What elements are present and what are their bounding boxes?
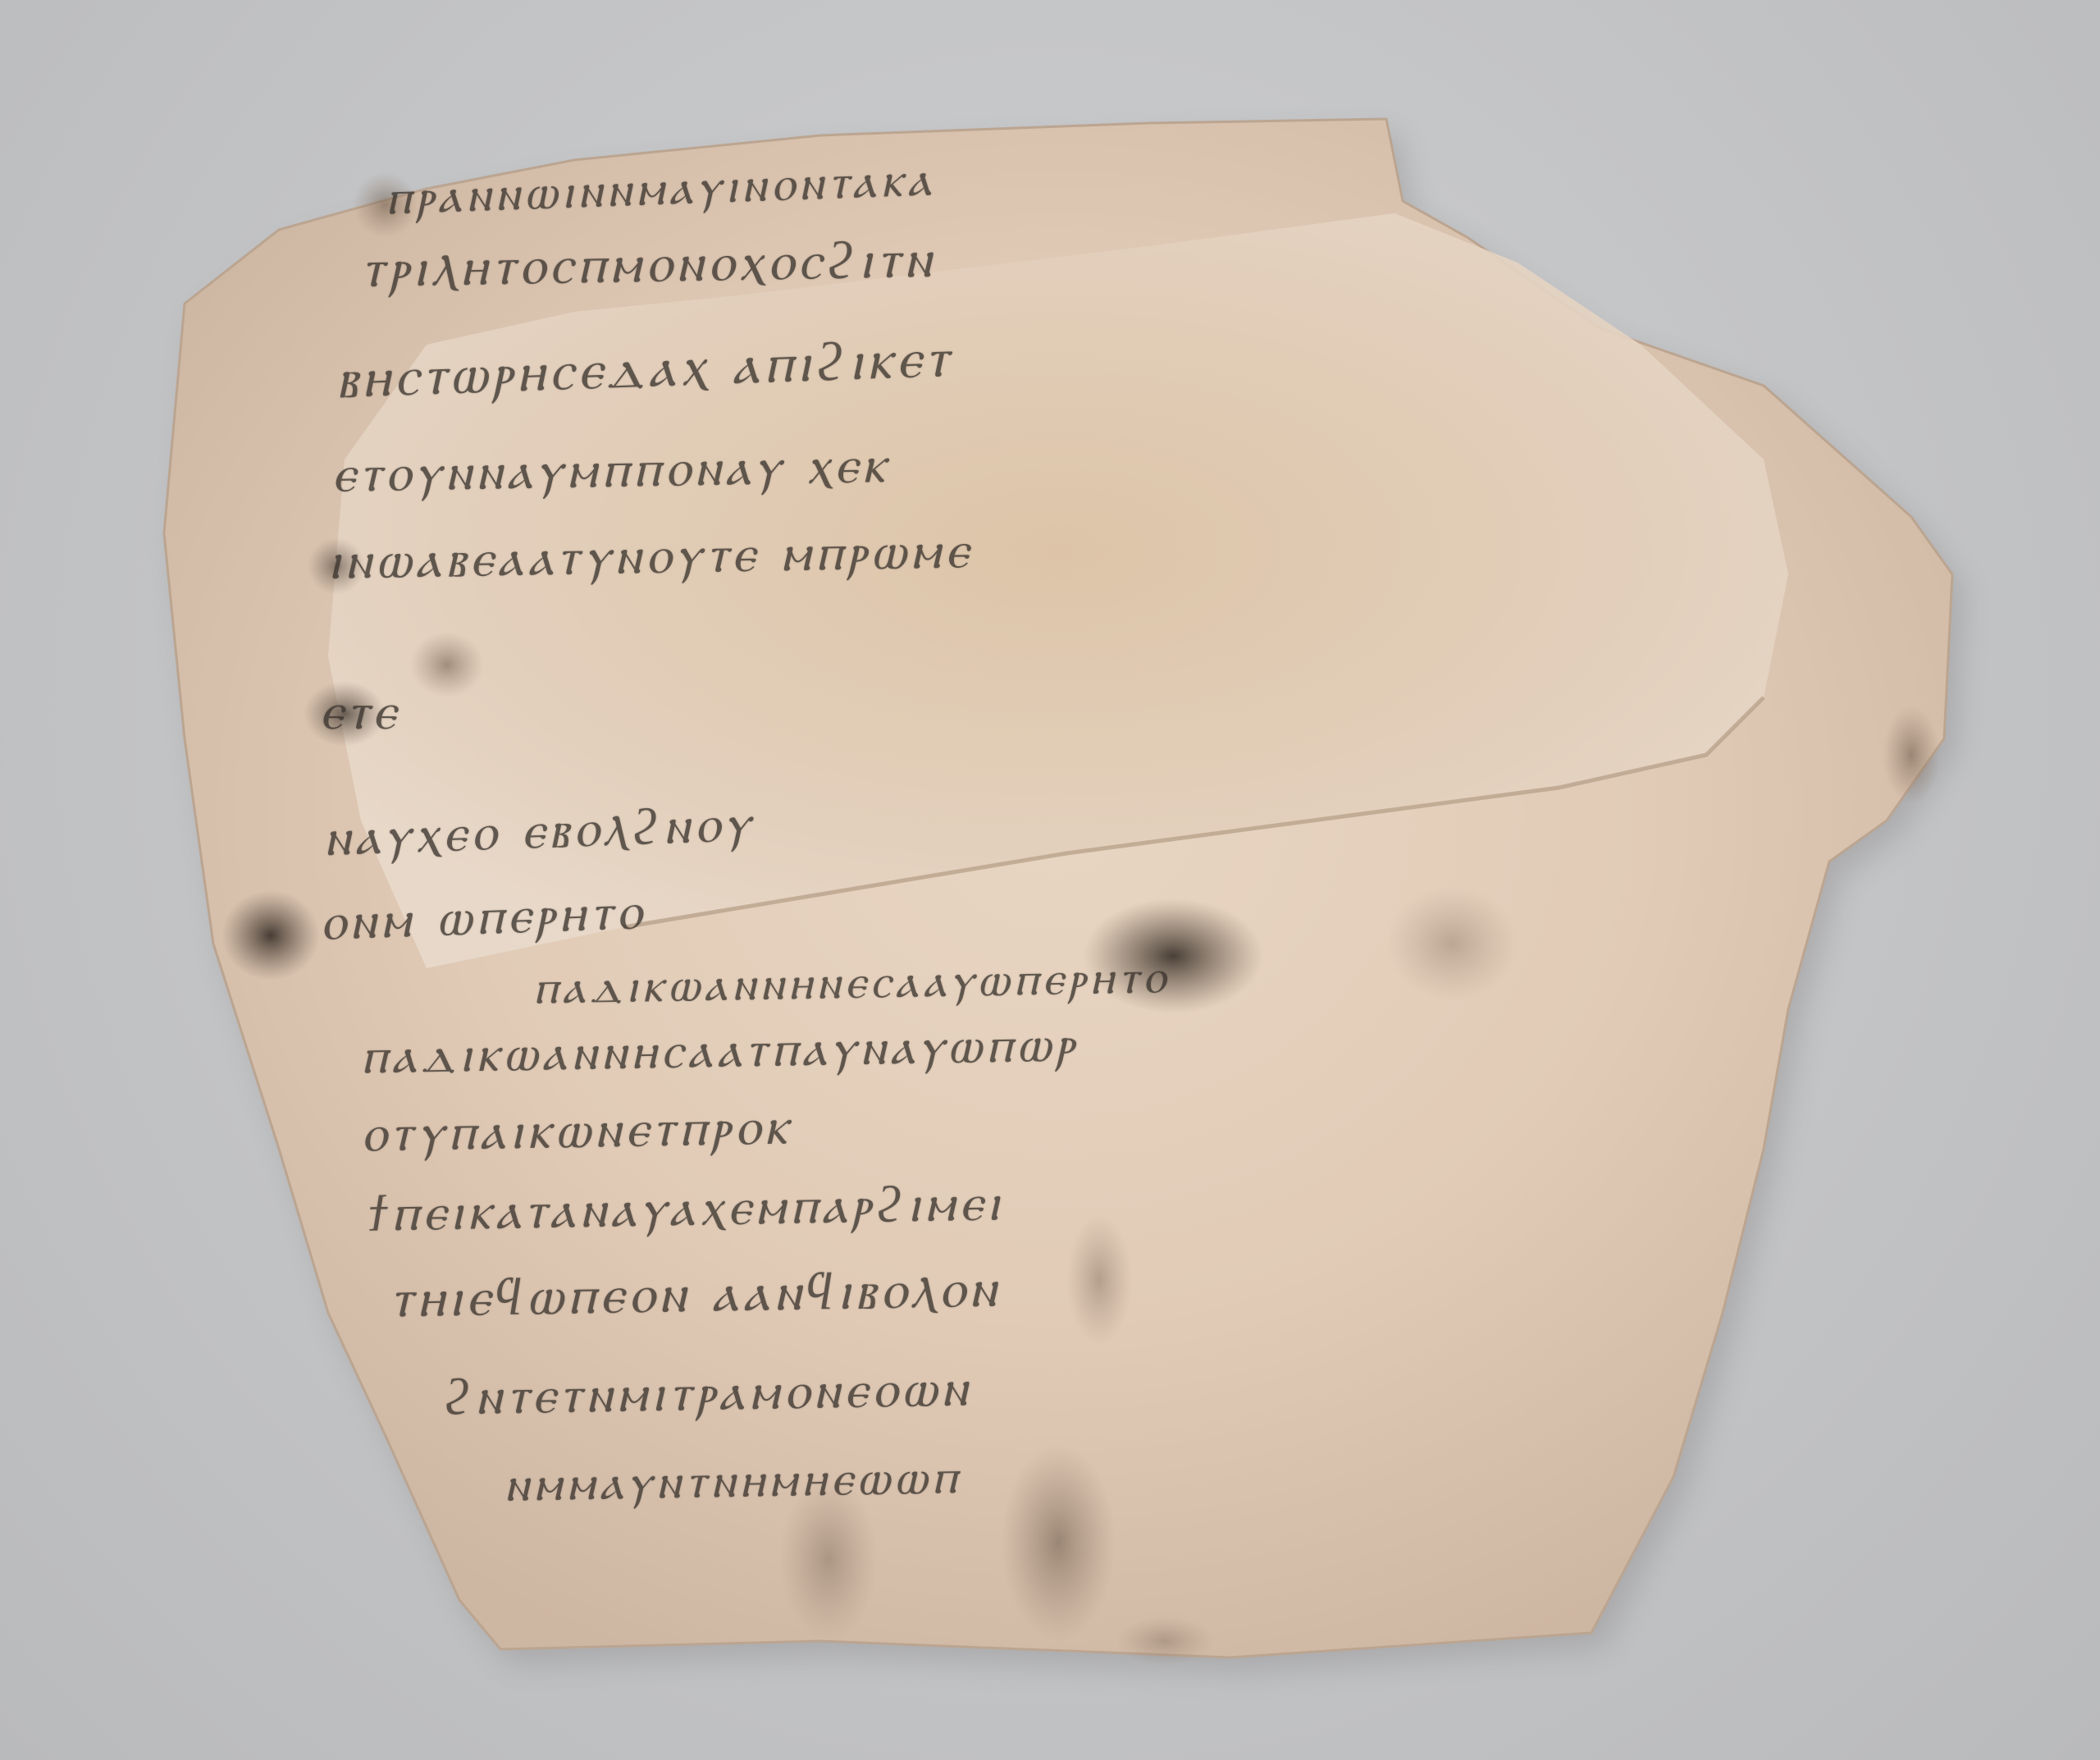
inscription-line-13: ⲧⲏⲓⲉϥⲱⲡⲉⲟⲛ ⲁⲁⲛϥⲓⲃⲟⲗⲟⲛ: [389, 1259, 1001, 1330]
inscription-line-14: ϩⲛⲧⲉⲧⲛⲙⲓⲧⲣⲁⲙⲟⲛⲉⲟⲱⲛ: [442, 1357, 972, 1427]
inscription-line-8: ⲟⲛⲙ ⲱⲡⲉⲣⲏⲧⲟ: [319, 880, 647, 953]
inscription-line-4: ⲉⲧⲟⲩⲛⲛⲁⲩⲙⲡⲡⲟⲛⲁⲩ ⲭⲉⲕ: [331, 434, 890, 505]
inscription-line-9: ⲡⲁⲇⲓⲕⲱⲁⲛⲛⲏⲛⲉⲥⲁⲁⲩⲱⲡⲉⲣⲏⲧⲟ: [532, 950, 1170, 1016]
ostracon-stone: [0, 0, 2100, 1760]
inscription-line-11: ⲟⲧⲩⲡⲁⲓⲕⲱⲛⲉⲧⲡⲣⲟⲕ: [360, 1095, 792, 1163]
inscription-line-6: ⲉⲧⲉ: [320, 681, 400, 742]
inscription-line-15: ⲛⲙⲙⲁⲩⲛⲧⲛⲏⲙⲏⲉⲱⲱⲡ: [504, 1448, 961, 1513]
inscription-line-12: ϯⲡⲉⲓⲕⲁⲧⲁⲛⲁⲩⲁⲭⲉⲙⲡⲁⲣϩⲓⲙⲉⲓ: [368, 1172, 1004, 1243]
photograph: ⲡⲣⲁⲛⲛⲱⲓⲛⲛⲙⲁⲩⲓⲛⲟⲛⲧⲁⲕⲁ ⲧⲣⲓⲗⲏⲧⲟⲥⲡⲙⲟⲛⲟⲭⲟⲥϩⲓⲧ…: [0, 0, 2100, 1760]
inscription-line-2: ⲧⲣⲓⲗⲏⲧⲟⲥⲡⲙⲟⲛⲟⲭⲟⲥϩⲓⲧⲛ: [360, 229, 936, 299]
inscription-line-5: ⲓⲛⲱⲁⲃⲉⲁⲁⲧⲩⲛⲟⲩⲧⲉ ⲙⲡⲣⲱⲙⲉ: [327, 519, 973, 592]
